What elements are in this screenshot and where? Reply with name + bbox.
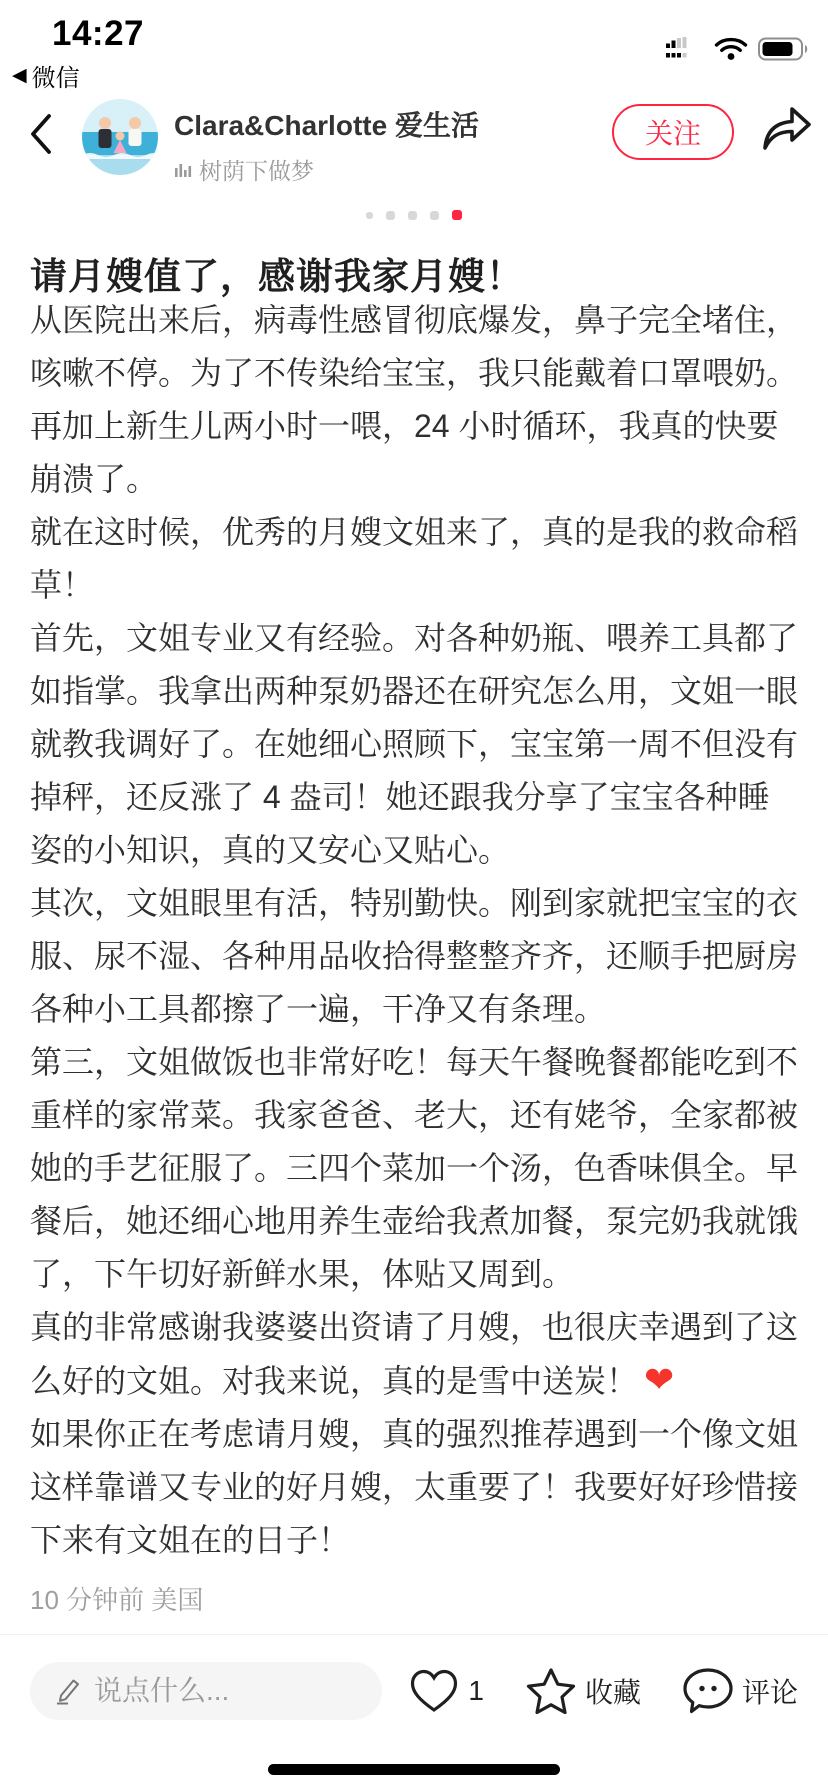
screen: 14:27 ◀ 微信 <box>0 0 828 1792</box>
post-paragraph: 如果你正在考虑请月嫂，真的强烈推荐遇到一个像文姐这样靠谱又专业的好月嫂，太重要了… <box>30 1408 798 1567</box>
comment-label: 评论 <box>742 1671 798 1711</box>
comment-input[interactable] <box>94 1675 344 1707</box>
star-icon <box>526 1667 576 1715</box>
user-block: Clara&Charlotte 爱生活 树荫下做梦 <box>174 104 479 186</box>
post-paragraph: 从医院出来后，病毒性感冒彻底爆发，鼻子完全堵住，咳嗽不停。为了不传染给宝宝，我只… <box>30 294 798 506</box>
like-button[interactable]: 1 <box>409 1668 484 1714</box>
status-icons <box>666 36 812 61</box>
back-chevron-icon[interactable] <box>28 112 54 156</box>
red-heart-emoji: ❤ <box>644 1360 674 1401</box>
comment-bubble-icon <box>683 1667 733 1715</box>
post-paragraph: 第三，文姐做饭也非常好吃！每天午餐晚餐都能吃到不重样的家常菜。我家爸爸、老大，还… <box>30 1036 798 1301</box>
follow-button-label: 关注 <box>645 112 701 152</box>
favorite-button[interactable]: 收藏 <box>526 1667 641 1715</box>
post-body: 从医院出来后，病毒性感冒彻底爆发，鼻子完全堵住，咳嗽不停。为了不传染给宝宝，我只… <box>30 294 798 1567</box>
wifi-icon <box>714 36 748 61</box>
home-indicator[interactable] <box>268 1764 560 1775</box>
cellular-signal-icon <box>666 37 704 61</box>
sound-bars-icon <box>174 161 192 179</box>
post-paragraph: 首先，文姐专业又有经验。对各种奶瓶、喂养工具都了如指掌。我拿出两种泵奶器还在研究… <box>30 612 798 877</box>
post-title: 请月嫂值了，感谢我家月嫂！ <box>30 246 524 300</box>
back-to-wechat-link[interactable]: ◀ 微信 <box>12 58 80 93</box>
post-paragraph: 就在这时候，优秀的月嫂文姐来了，真的是我的救命稻草！ <box>30 506 798 612</box>
post-meta: 10 分钟前 美国 <box>30 1580 203 1617</box>
comment-button[interactable]: 评论 <box>683 1667 798 1715</box>
avatar-image <box>82 99 158 175</box>
status-time: 14:27 <box>52 14 144 54</box>
pencil-icon <box>52 1676 82 1706</box>
post-paragraph: 其次，文姐眼里有活，特别勤快。刚到家就把宝宝的衣服、尿不湿、各种用品收拾得整整齐… <box>30 877 798 1036</box>
back-to-app-label: 微信 <box>32 58 80 93</box>
user-subtitle: 树荫下做梦 <box>199 153 314 186</box>
carousel-dot <box>408 211 417 220</box>
action-buttons: 1 收藏 评论 <box>409 1667 798 1715</box>
battery-icon <box>758 37 812 61</box>
carousel-dot <box>366 212 373 219</box>
back-to-app-triangle-icon: ◀ <box>12 66 27 85</box>
carousel-dot <box>386 211 395 220</box>
carousel-dot-active <box>452 210 462 220</box>
carousel-dot <box>430 211 439 220</box>
bottom-bar: 1 收藏 评论 <box>0 1634 828 1746</box>
post-paragraph: 真的非常感谢我婆婆出资请了月嫂，也很庆幸遇到了这么好的文姐。对我来说，真的是雪中… <box>30 1301 798 1408</box>
user-name[interactable]: Clara&Charlotte 爱生活 <box>174 104 479 144</box>
comment-input-pill[interactable] <box>30 1662 382 1720</box>
user-subtitle-row[interactable]: 树荫下做梦 <box>174 153 479 186</box>
share-icon[interactable] <box>762 106 812 152</box>
follow-button[interactable]: 关注 <box>612 104 734 160</box>
carousel-dots <box>0 210 828 220</box>
favorite-label: 收藏 <box>585 1671 641 1711</box>
avatar[interactable] <box>82 99 158 175</box>
like-count: 1 <box>468 1675 484 1707</box>
heart-icon <box>409 1668 459 1714</box>
